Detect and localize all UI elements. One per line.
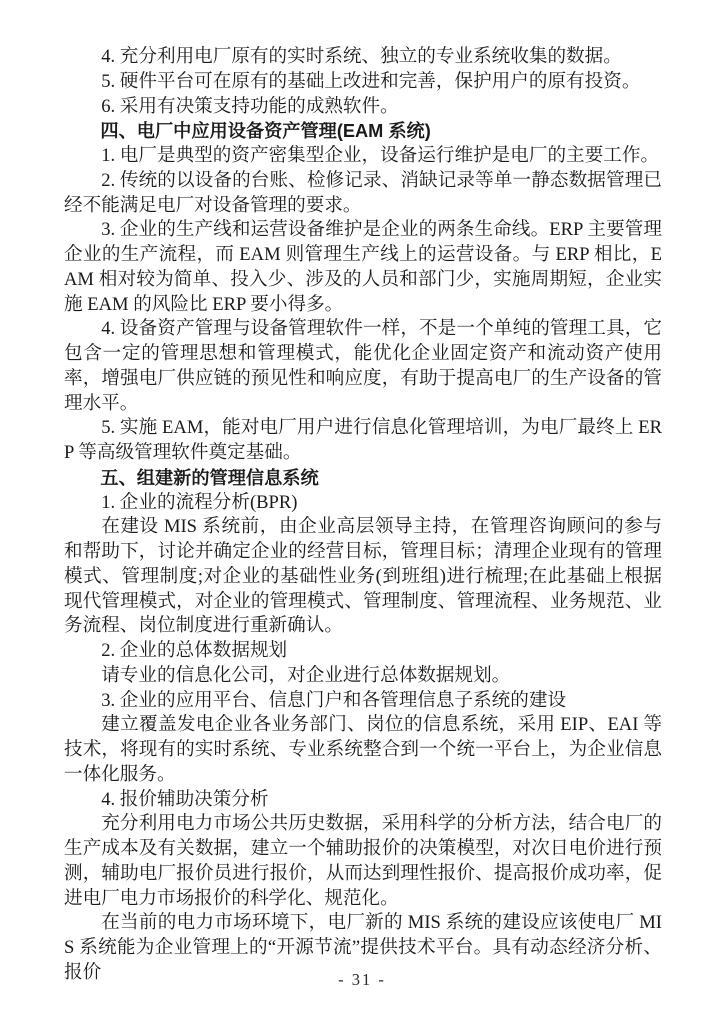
paragraph: 充分利用电力市场公共历史数据，采用科学的分析方法，结合电厂的生产成本及有关数据，… (64, 812, 662, 911)
document-text-block: 4. 充分利用电厂原有的实时系统、独立的专业系统收集的数据。 5. 硬件平台可在… (64, 45, 662, 986)
paragraph: 请专业的信息化公司，对企业进行总体数据规划。 (64, 664, 662, 689)
paragraph: 4. 充分利用电厂原有的实时系统、独立的专业系统收集的数据。 (64, 45, 662, 70)
paragraph: 1. 企业的流程分析(BPR) (64, 491, 662, 516)
section-heading: 四、电厂中应用设备资产管理(EAM 系统) (64, 119, 662, 144)
paragraph: 4. 设备资产管理与设备管理软件一样，不是一个单纯的管理工具，它包含一定的管理思… (64, 317, 662, 416)
paragraph: 3. 企业的生产线和运营设备维护是企业的两条生命线。ERP 主要管理企业的生产流… (64, 218, 662, 317)
paragraph: 建立覆盖发电企业各业务部门、岗位的信息系统，采用 EIP、EAI 等技术，将现有… (64, 713, 662, 787)
paragraph: 5. 实施 EAM，能对电厂用户进行信息化管理培训，为电厂最终上 ERP 等高级… (64, 416, 662, 466)
paragraph: 6. 采用有决策支持功能的成熟软件。 (64, 95, 662, 120)
page-number: - 31 - (0, 970, 724, 990)
paragraph: 3. 企业的应用平台、信息门户和各管理信息子系统的建设 (64, 689, 662, 714)
paragraph: 4. 报价辅助决策分析 (64, 788, 662, 813)
paragraph: 2. 传统的以设备的台账、检修记录、消缺记录等单一静态数据管理已经不能满足电厂对… (64, 169, 662, 219)
section-heading: 五、组建新的管理信息系统 (64, 466, 662, 491)
document-page: 4. 充分利用电厂原有的实时系统、独立的专业系统收集的数据。 5. 硬件平台可在… (0, 0, 724, 1024)
paragraph: 5. 硬件平台可在原有的基础上改进和完善，保护用户的原有投资。 (64, 70, 662, 95)
paragraph: 在建设 MIS 系统前，由企业高层领导主持，在管理咨询顾问的参与和帮助下，讨论并… (64, 515, 662, 639)
paragraph: 1. 电厂是典型的资产密集型企业，设备运行维护是电厂的主要工作。 (64, 144, 662, 169)
paragraph: 2. 企业的总体数据规划 (64, 639, 662, 664)
